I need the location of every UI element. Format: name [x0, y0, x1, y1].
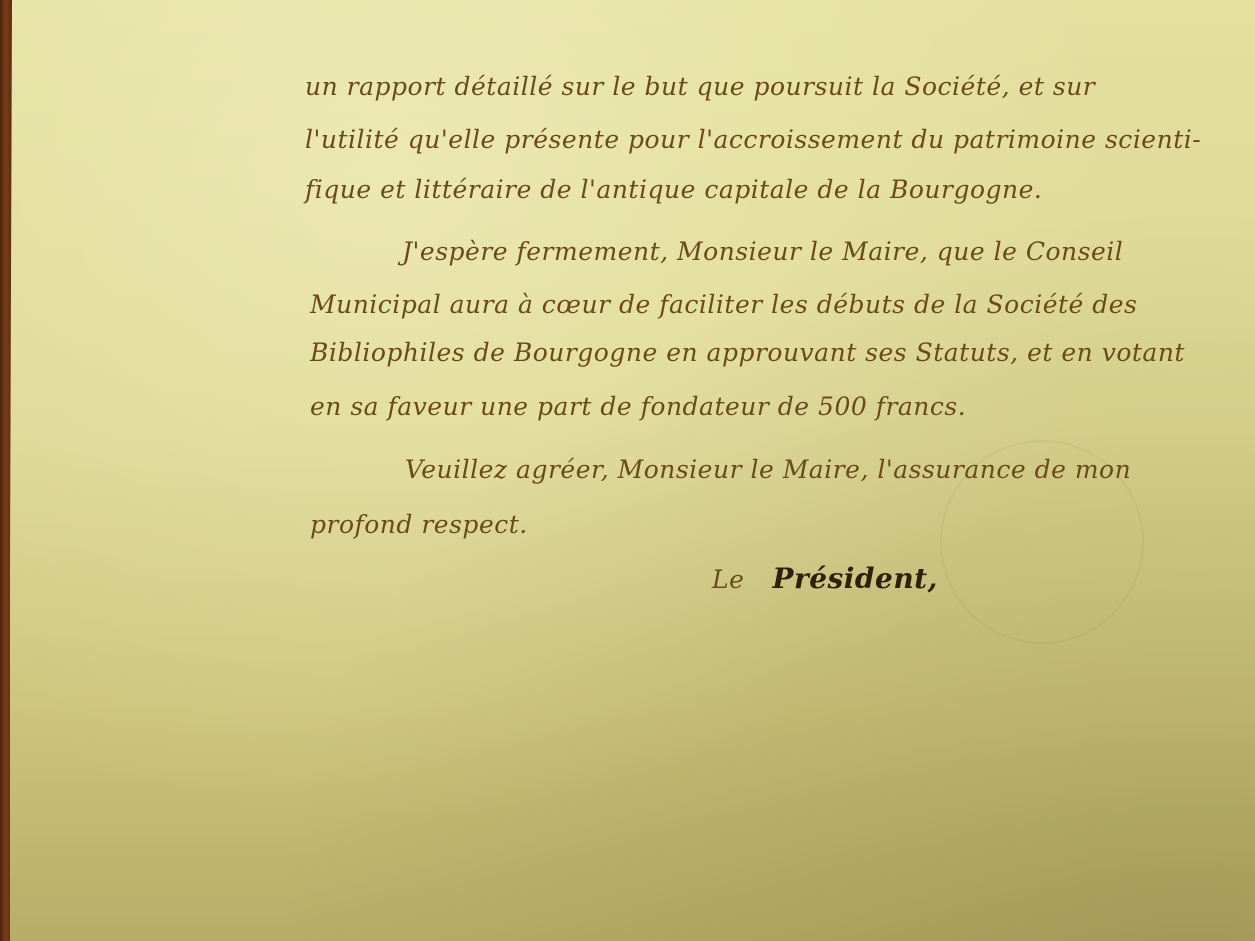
signature-prefix: Le: [712, 565, 744, 594]
text-line: un rapport détaillé sur le but que pours…: [305, 72, 1095, 101]
letter-body: un rapport détaillé sur le but que pours…: [0, 0, 1255, 941]
text-line: Bibliophiles de Bourgogne en approuvant …: [310, 338, 1185, 367]
signature-block: LePrésident,: [712, 562, 938, 595]
text-line: Veuillez agréer, Monsieur le Maire, l'as…: [405, 455, 1131, 484]
text-line: fique et littéraire de l'antique capital…: [305, 175, 1042, 204]
signature-title: Président,: [772, 562, 937, 595]
text-line: J'espère fermement, Monsieur le Maire, q…: [402, 237, 1123, 266]
text-line: profond respect.: [310, 510, 528, 539]
text-line: l'utilité qu'elle présente pour l'accroi…: [305, 125, 1201, 154]
text-line: Municipal aura à cœur de faciliter les d…: [310, 290, 1137, 319]
text-line: en sa faveur une part de fondateur de 50…: [310, 392, 966, 421]
